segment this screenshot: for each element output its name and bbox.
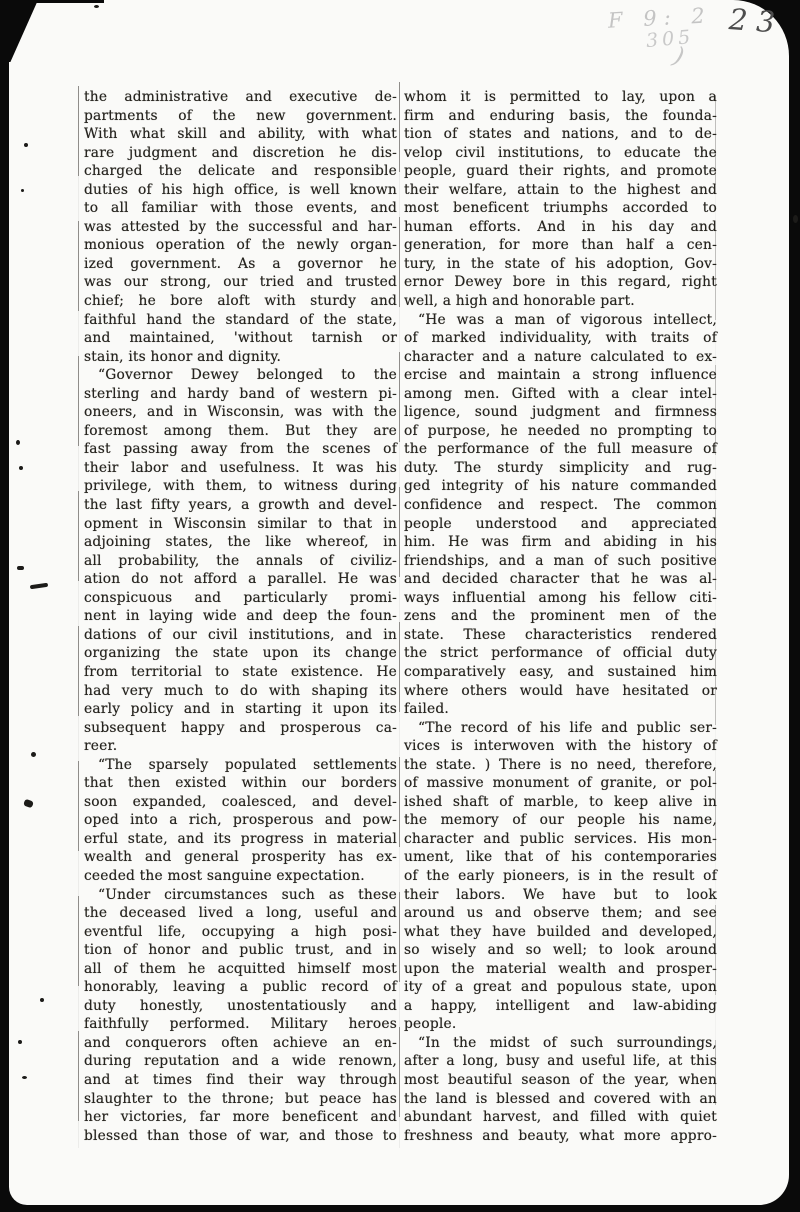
text-line: tion of honor and public trust, and in: [84, 941, 397, 960]
text-line: so wisely and so well; to look around: [404, 941, 717, 960]
text-line: the state. ) There is no need, therefore…: [404, 756, 717, 775]
text-line: foremost among them. But they are: [84, 422, 397, 441]
text-line: where others would have hesitated or: [404, 682, 717, 701]
text-line: friendships, and a man of such positive: [404, 552, 717, 571]
text-line: abundant harvest, and filled with quiet: [404, 1108, 717, 1127]
text-line: upon the material wealth and prosper-: [404, 960, 717, 979]
text-line: the strict performance of official duty: [404, 644, 717, 663]
text-line: ument, like that of his contemporaries: [404, 848, 717, 867]
text-line: ways influential among his fellow citi-: [404, 589, 717, 608]
text-line: was our strong, our tried and trusted: [84, 273, 397, 292]
text-line: people.: [404, 1015, 717, 1034]
text-line: the deceased lived a long, useful and: [84, 904, 397, 923]
text-line: people understood and appreciated: [404, 515, 717, 534]
text-line: from territorial to state existence. He: [84, 663, 397, 682]
text-line: their labor and usefulness. It was his: [84, 459, 397, 478]
text-line: subsequent happy and prosperous ca-: [84, 719, 397, 738]
text-line: a happy, intelligent and law-abiding: [404, 997, 717, 1016]
text-line: comparatively easy, and sustained him: [404, 663, 717, 682]
text-line: chief; he bore aloft with sturdy and: [84, 292, 397, 311]
text-line: duties of his high office, is well known: [84, 181, 397, 200]
ink-speck: [94, 5, 99, 8]
text-line: after a long, busy and useful life, at t…: [404, 1052, 717, 1071]
text-line: organizing the state upon its change: [84, 644, 397, 663]
ink-speck: [40, 998, 44, 1002]
text-line: “He was a man of vigorous intellect,: [404, 311, 717, 330]
text-line: vices is interwoven with the history of: [404, 737, 717, 756]
text-line: duty. The sturdy simplicity and rug-: [404, 459, 717, 478]
text-line: and maintained, 'without tarnish or: [84, 329, 397, 348]
text-line: failed.: [404, 700, 717, 719]
ink-speck: [31, 752, 36, 757]
text-line: their welfare, attain to the highest and: [404, 181, 717, 200]
text-line: rare judgment and discretion he dis-: [84, 144, 397, 163]
text-line: nent in laying wide and deep the foun-: [84, 607, 397, 626]
handwritten-page-number: 23: [728, 2, 785, 40]
ink-speck: [793, 215, 798, 223]
text-line: fast passing away from the scenes of: [84, 440, 397, 459]
text-line: blessed than those of war, and those to: [84, 1127, 397, 1146]
text-line: sterling and hardy band of western pi-: [84, 385, 397, 404]
text-line: and at times find their way through: [84, 1071, 397, 1090]
text-line: velop civil institutions, to educate the: [404, 144, 717, 163]
text-line: what they have builded and developed,: [404, 923, 717, 942]
text-line: of purpose, he needed no prompting to: [404, 422, 717, 441]
text-line: of massive monument of granite, or pol-: [404, 774, 717, 793]
text-line: partments of the new government.: [84, 107, 397, 126]
text-line: ligence, sound judgment and firmness: [404, 403, 717, 422]
text-line: firm and enduring basis, the founda-: [404, 107, 717, 126]
text-line: stain, its honor and dignity.: [84, 348, 397, 367]
pencil-mark-faint-2: 305: [645, 26, 695, 52]
text-line: duty honestly, unostentatiously and: [84, 997, 397, 1016]
text-line: early policy and in starting it upon its: [84, 700, 397, 719]
text-line: opment in Wisconsin similar to that in: [84, 515, 397, 534]
text-line: ceeded the most sanguine expectation.: [84, 867, 397, 886]
text-line: character and public services. His mon-: [404, 830, 717, 849]
text-line: state. These characteristics rendered: [404, 626, 717, 645]
text-line: “Governor Dewey belonged to the: [84, 366, 397, 385]
text-line: freshness and beauty, what more appro-: [404, 1127, 717, 1146]
text-line: of marked individuality, with traits of: [404, 329, 717, 348]
text-line: dations of our civil institutions, and i…: [84, 626, 397, 645]
text-line: “The sparsely populated settlements: [84, 756, 397, 775]
text-line: him. He was firm and abiding in his: [404, 533, 717, 552]
ink-speck: [16, 440, 20, 445]
text-line: all of them he acquitted himself most: [84, 960, 397, 979]
text-line: character and a nature calculated to ex-: [404, 348, 717, 367]
text-line: ged integrity of his nature commanded: [404, 477, 717, 496]
text-line: to all familiar with those events, and: [84, 199, 397, 218]
text-line: their labors. We have but to look: [404, 886, 717, 905]
text-line: the land is blessed and covered with an: [404, 1090, 717, 1109]
text-line: faithful hand the standard of the state,: [84, 311, 397, 330]
text-line: conspicuous and particularly promi-: [84, 589, 397, 608]
text-line: faithfully performed. Military heroes: [84, 1015, 397, 1034]
text-line: her victories, far more beneficent and: [84, 1108, 397, 1127]
ink-speck: [19, 466, 23, 470]
text-line: human efforts. And in his day and: [404, 218, 717, 237]
text-line: slaughter to the throne; but peace has: [84, 1090, 397, 1109]
text-line: among men. Gifted with a clear intel-: [404, 385, 717, 404]
text-line: wealth and general prosperity has ex-: [84, 848, 397, 867]
text-line: and conquerors often achieve an en-: [84, 1034, 397, 1053]
column-rule-left: [78, 86, 79, 1148]
text-line: most beautiful season of the year, when: [404, 1071, 717, 1090]
text-line: tion of states and nations, and to de-: [404, 125, 717, 144]
text-line: zens and the prominent men of the: [404, 607, 717, 626]
ink-speck: [17, 566, 24, 570]
text-line: ercise and maintain a strong influence: [404, 366, 717, 385]
ink-speck: [18, 1040, 22, 1044]
column-rule-middle: [399, 82, 400, 1148]
text-line: generation, for more than half a cen-: [404, 236, 717, 255]
text-line: oneers, and in Wisconsin, was with the: [84, 403, 397, 422]
text-line: that then existed within our borders: [84, 774, 397, 793]
text-line: of the early pioneers, is in the result …: [404, 867, 717, 886]
text-line: eventful life, occupying a high posi-: [84, 923, 397, 942]
text-line: charged the delicate and responsible: [84, 162, 397, 181]
text-line: “The record of his life and public ser-: [404, 719, 717, 738]
text-line: ished shaft of marble, to keep alive in: [404, 793, 717, 812]
text-line: all probability, the annals of civiliz-: [84, 552, 397, 571]
text-line: privilege, with them, to witness during: [84, 477, 397, 496]
text-line: adjoining states, the like whereof, in: [84, 533, 397, 552]
text-line: soon expanded, coalesced, and devel-: [84, 793, 397, 812]
text-line: reer.: [84, 737, 397, 756]
text-line: and decided character that he was al-: [404, 570, 717, 589]
text-line: during reputation and a wide renown,: [84, 1052, 397, 1071]
text-line: ation do not afford a parallel. He was: [84, 570, 397, 589]
text-line: the performance of the full measure of: [404, 440, 717, 459]
text-line: most beneficent triumphs accorded to: [404, 199, 717, 218]
text-line: people, guard their rights, and promote: [404, 162, 717, 181]
text-line: confidence and respect. The common: [404, 496, 717, 515]
text-line: the administrative and executive de-: [84, 88, 397, 107]
right-text-column: whom it is permitted to lay, upon afirm …: [404, 88, 717, 1145]
text-line: erful state, and its progress in materia…: [84, 830, 397, 849]
text-line: the last fifty years, a growth and devel…: [84, 496, 397, 515]
ink-speck: [22, 1076, 27, 1079]
text-line: ernor Dewey bore in this regard, right: [404, 273, 717, 292]
text-line: around us and observe them; and see: [404, 904, 717, 923]
text-line: honorably, leaving a public record of: [84, 978, 397, 997]
text-line: “Under circumstances such as these: [84, 886, 397, 905]
text-line: With what skill and ability, with what: [84, 125, 397, 144]
text-line: had very much to do with shaping its: [84, 682, 397, 701]
text-line: ity of a great and populous state, upon: [404, 978, 717, 997]
ink-speck: [21, 189, 24, 192]
text-line: well, a high and honorable part.: [404, 292, 717, 311]
ink-speck: [24, 143, 28, 147]
text-line: oped into a rich, prosperous and pow-: [84, 811, 397, 830]
text-line: the memory of our people his name,: [404, 811, 717, 830]
left-text-column: the administrative and executive de-part…: [84, 88, 397, 1145]
text-line: was attested by the successful and har-: [84, 218, 397, 237]
text-line: whom it is permitted to lay, upon a: [404, 88, 717, 107]
text-line: “In the midst of such surroundings,: [404, 1034, 717, 1053]
text-line: monious operation of the newly organ-: [84, 236, 397, 255]
text-line: ized government. As a governor he: [84, 255, 397, 274]
text-line: tury, in the state of his adoption, Gov-: [404, 255, 717, 274]
